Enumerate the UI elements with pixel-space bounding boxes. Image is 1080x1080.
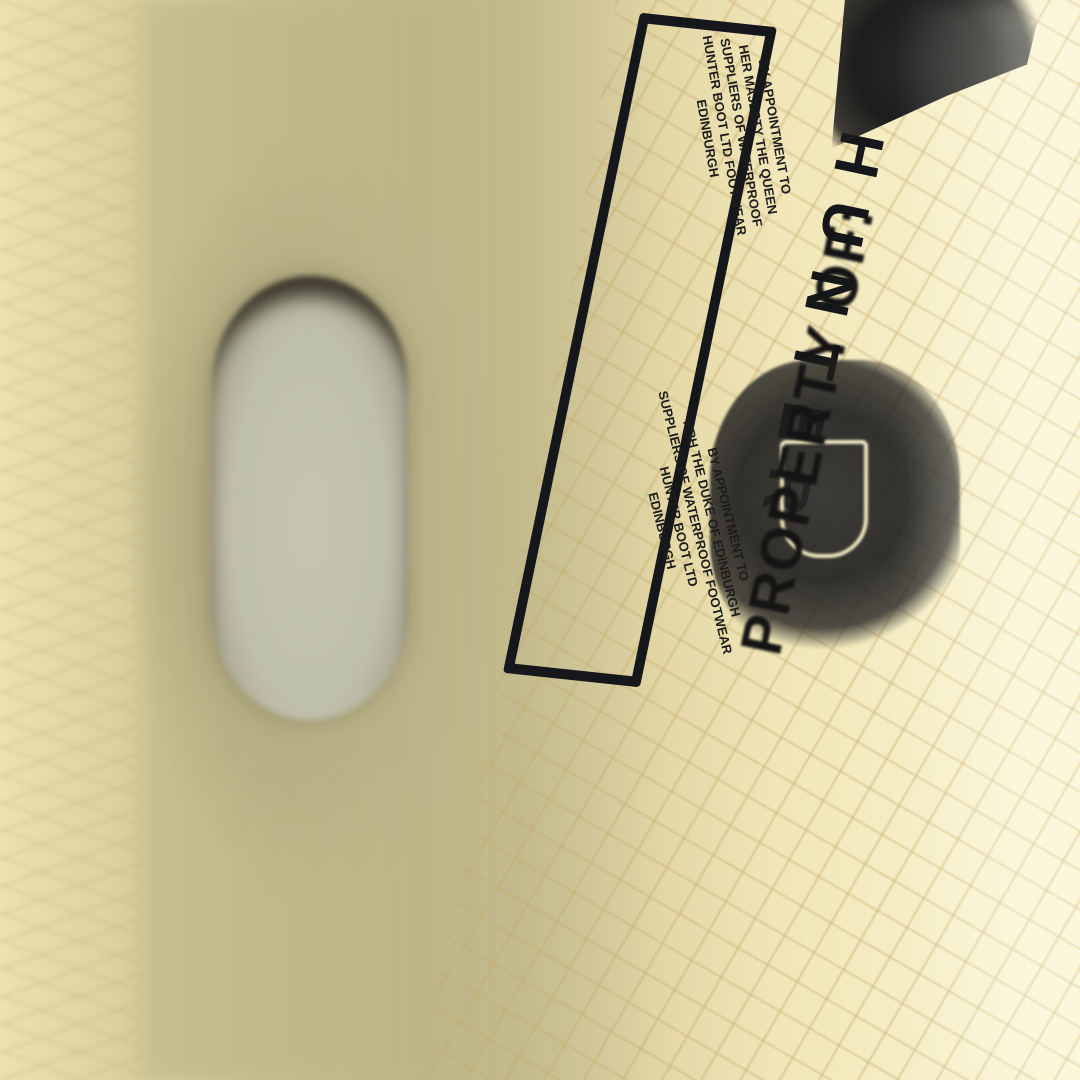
boot-lining-photo: HUNTER BY APPOINTMENT TO HER MAJESTY THE… (0, 0, 1080, 1080)
light-glare (900, 0, 1080, 1080)
lining-pattern-left (0, 0, 140, 1080)
boot-pull-hole (212, 276, 408, 720)
